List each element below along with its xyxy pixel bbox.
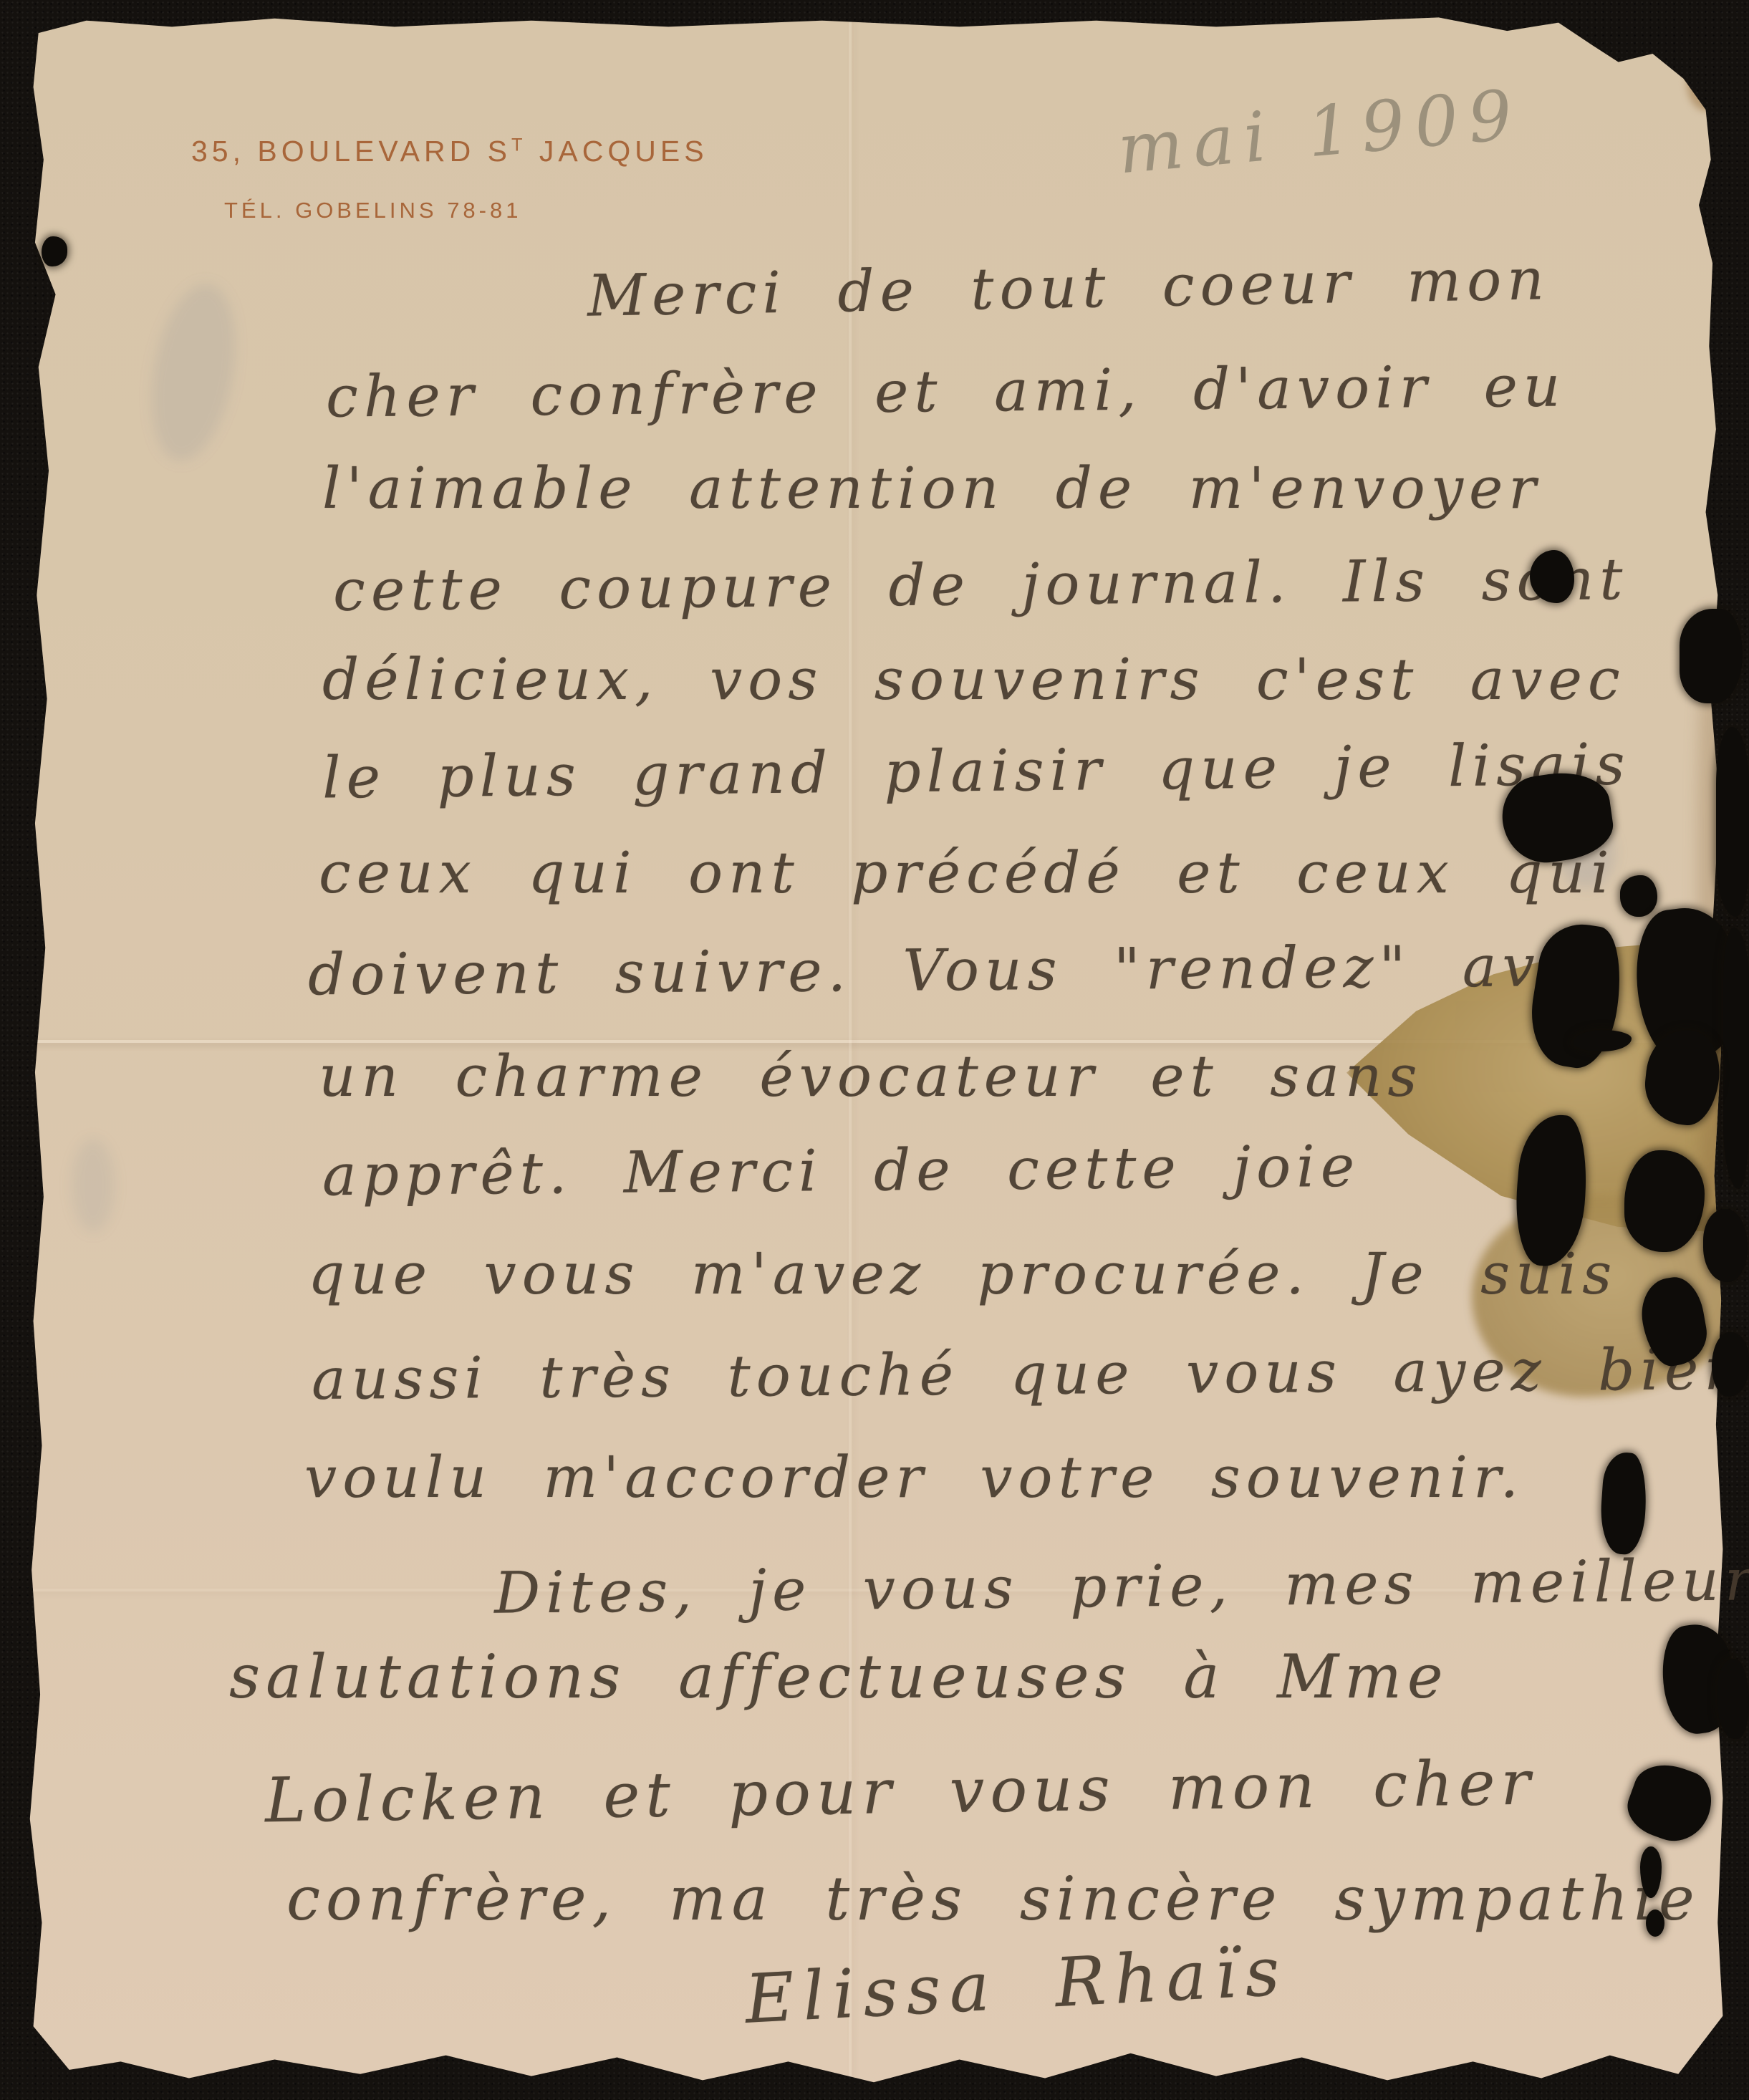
burn-hole (1646, 1909, 1664, 1937)
letter-line: Merci de tout coeur mon (587, 246, 1550, 329)
letter-line: Lolcken et pour vous mon cher (264, 1748, 1536, 1837)
signature: Elissa Rhaïs (743, 1932, 1290, 2039)
letter-line: apprêt. Merci de cette joie (322, 1133, 1361, 1209)
burn-hole (1703, 1209, 1748, 1282)
letterhead-address-main: 35, BOULEVARD S (191, 135, 511, 168)
letter-line: Dites, je vous prie, mes meilleures (494, 1546, 1749, 1627)
letter-line: salutations affectueuses à Mme (229, 1642, 1449, 1712)
burn-hole (1680, 609, 1743, 703)
photograph-background: { "letterhead": { "address_main": "35, B… (0, 0, 1749, 2100)
letter-line: confrère, ma très sincère sympathie (286, 1864, 1700, 1934)
letter-line: aussi très touché que vous ayez bien (312, 1336, 1747, 1412)
letterhead-address-superscript: T (511, 135, 527, 155)
letter-line: l'aimable attention de m'envoyer (322, 455, 1542, 521)
burn-hole (1723, 928, 1749, 1189)
burn-hole (1716, 727, 1749, 917)
letter-line: que vous m'avez procurée. Je suis (308, 1241, 1617, 1307)
letter-line: un charme évocateur et sans (319, 1043, 1423, 1109)
pencil-date-annotation: mai 1909 (1114, 74, 1525, 190)
letter-line: doivent suivre. Vous "rendez" avec (308, 933, 1618, 1008)
letter-line: ceux qui ont précédé et ceux qui (319, 839, 1615, 906)
letter-content: 35, BOULEVARD ST JACQUES TÉL. GOBELINS 7… (0, 0, 1749, 2100)
letter-line: le plus grand plaisir que je lisais (322, 731, 1631, 811)
letter-line: délicieux, vos souvenirs c'est avec (322, 646, 1626, 713)
letterhead-address: 35, BOULEVARD ST JACQUES (191, 135, 708, 168)
letter-line: cette coupure de journal. Ils sont (333, 546, 1629, 624)
burn-hole (1712, 1332, 1749, 1397)
burn-hole (1620, 875, 1657, 917)
burn-hole (1717, 1659, 1749, 1739)
letterhead-phone: TÉL. GOBELINS 78-81 (224, 198, 521, 223)
letter-line: voulu m'accorder votre souvenir. (304, 1444, 1524, 1511)
letter-line: cher confrère et ami, d'avoir eu (326, 352, 1566, 430)
letterhead-address-tail: JACQUES (527, 135, 708, 168)
